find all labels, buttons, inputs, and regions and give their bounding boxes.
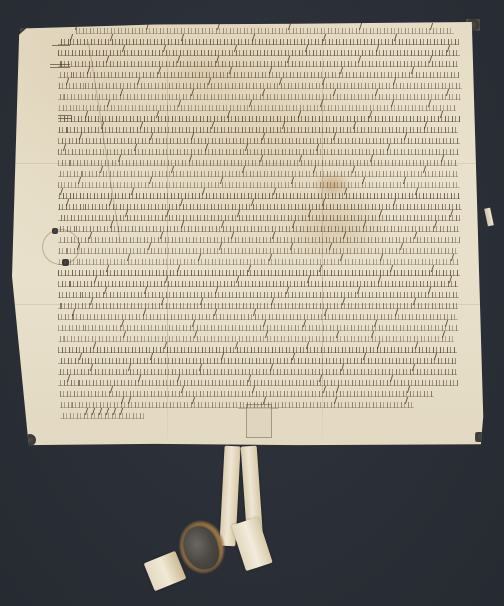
script-line: [54, 410, 464, 421]
ink-stroke: [58, 116, 460, 122]
script-line: [54, 102, 464, 113]
ink-stroke: [60, 391, 434, 397]
ink-stroke: [60, 413, 144, 419]
script-line: [54, 69, 464, 80]
script-line: [54, 190, 464, 201]
script-line: [54, 124, 464, 135]
script-line: [54, 25, 464, 36]
script-line: [54, 344, 464, 355]
ink-stroke: [58, 171, 458, 177]
ink-stroke: [58, 127, 458, 133]
ink-stroke: [58, 325, 459, 331]
ink-stroke: [58, 314, 458, 320]
ink-stroke: [58, 193, 460, 199]
script-line: [54, 311, 464, 322]
ink-stroke: [58, 369, 457, 375]
script-line: [54, 322, 464, 333]
ink-stroke: [58, 358, 456, 364]
ink-stroke: [58, 215, 460, 221]
ink-stroke: [58, 248, 458, 254]
ink-stroke: [58, 380, 458, 386]
ink-stroke: [58, 182, 460, 188]
script-line: [54, 36, 464, 47]
script-line: [54, 245, 464, 256]
ink-stroke: [58, 281, 458, 287]
ink-stroke: [58, 61, 458, 67]
script-line: [54, 223, 464, 234]
ink-stroke: [58, 270, 460, 276]
script-line: [54, 256, 464, 267]
script-line: [54, 289, 464, 300]
script-line: [54, 278, 464, 289]
script-line: [54, 355, 464, 366]
handwritten-text-block: [54, 25, 464, 421]
ink-stroke: [58, 204, 462, 210]
ink-stroke: [58, 347, 457, 353]
ink-stroke: [58, 94, 461, 100]
script-line: [54, 333, 464, 344]
script-line: [54, 179, 464, 190]
ink-stroke: [58, 259, 459, 265]
script-line: [54, 388, 464, 399]
ink-stroke: [58, 237, 460, 243]
script-line: [54, 58, 464, 69]
ink-stroke: [58, 336, 454, 342]
script-line: [54, 146, 464, 157]
script-line: [54, 113, 464, 124]
ink-stroke: [58, 149, 459, 155]
ink-stroke: [58, 292, 459, 298]
script-line: [54, 168, 464, 179]
script-line: [54, 377, 464, 388]
script-line: [54, 300, 464, 311]
script-line: [54, 91, 464, 102]
ink-stroke: [58, 105, 456, 111]
script-line: [54, 47, 464, 58]
ink-stroke: [58, 138, 460, 144]
ink-stroke: [58, 39, 459, 45]
ink-stroke: [60, 402, 414, 408]
script-line: [54, 267, 464, 278]
ink-stroke: [58, 50, 460, 56]
script-line: [54, 157, 464, 168]
script-line: [54, 80, 464, 91]
script-line: [54, 135, 464, 146]
ink-stroke: [58, 72, 459, 78]
script-line: [54, 201, 464, 212]
script-line: [54, 212, 464, 223]
ink-stroke: [58, 226, 459, 232]
script-line: [54, 366, 464, 377]
ink-stroke: [58, 83, 462, 89]
